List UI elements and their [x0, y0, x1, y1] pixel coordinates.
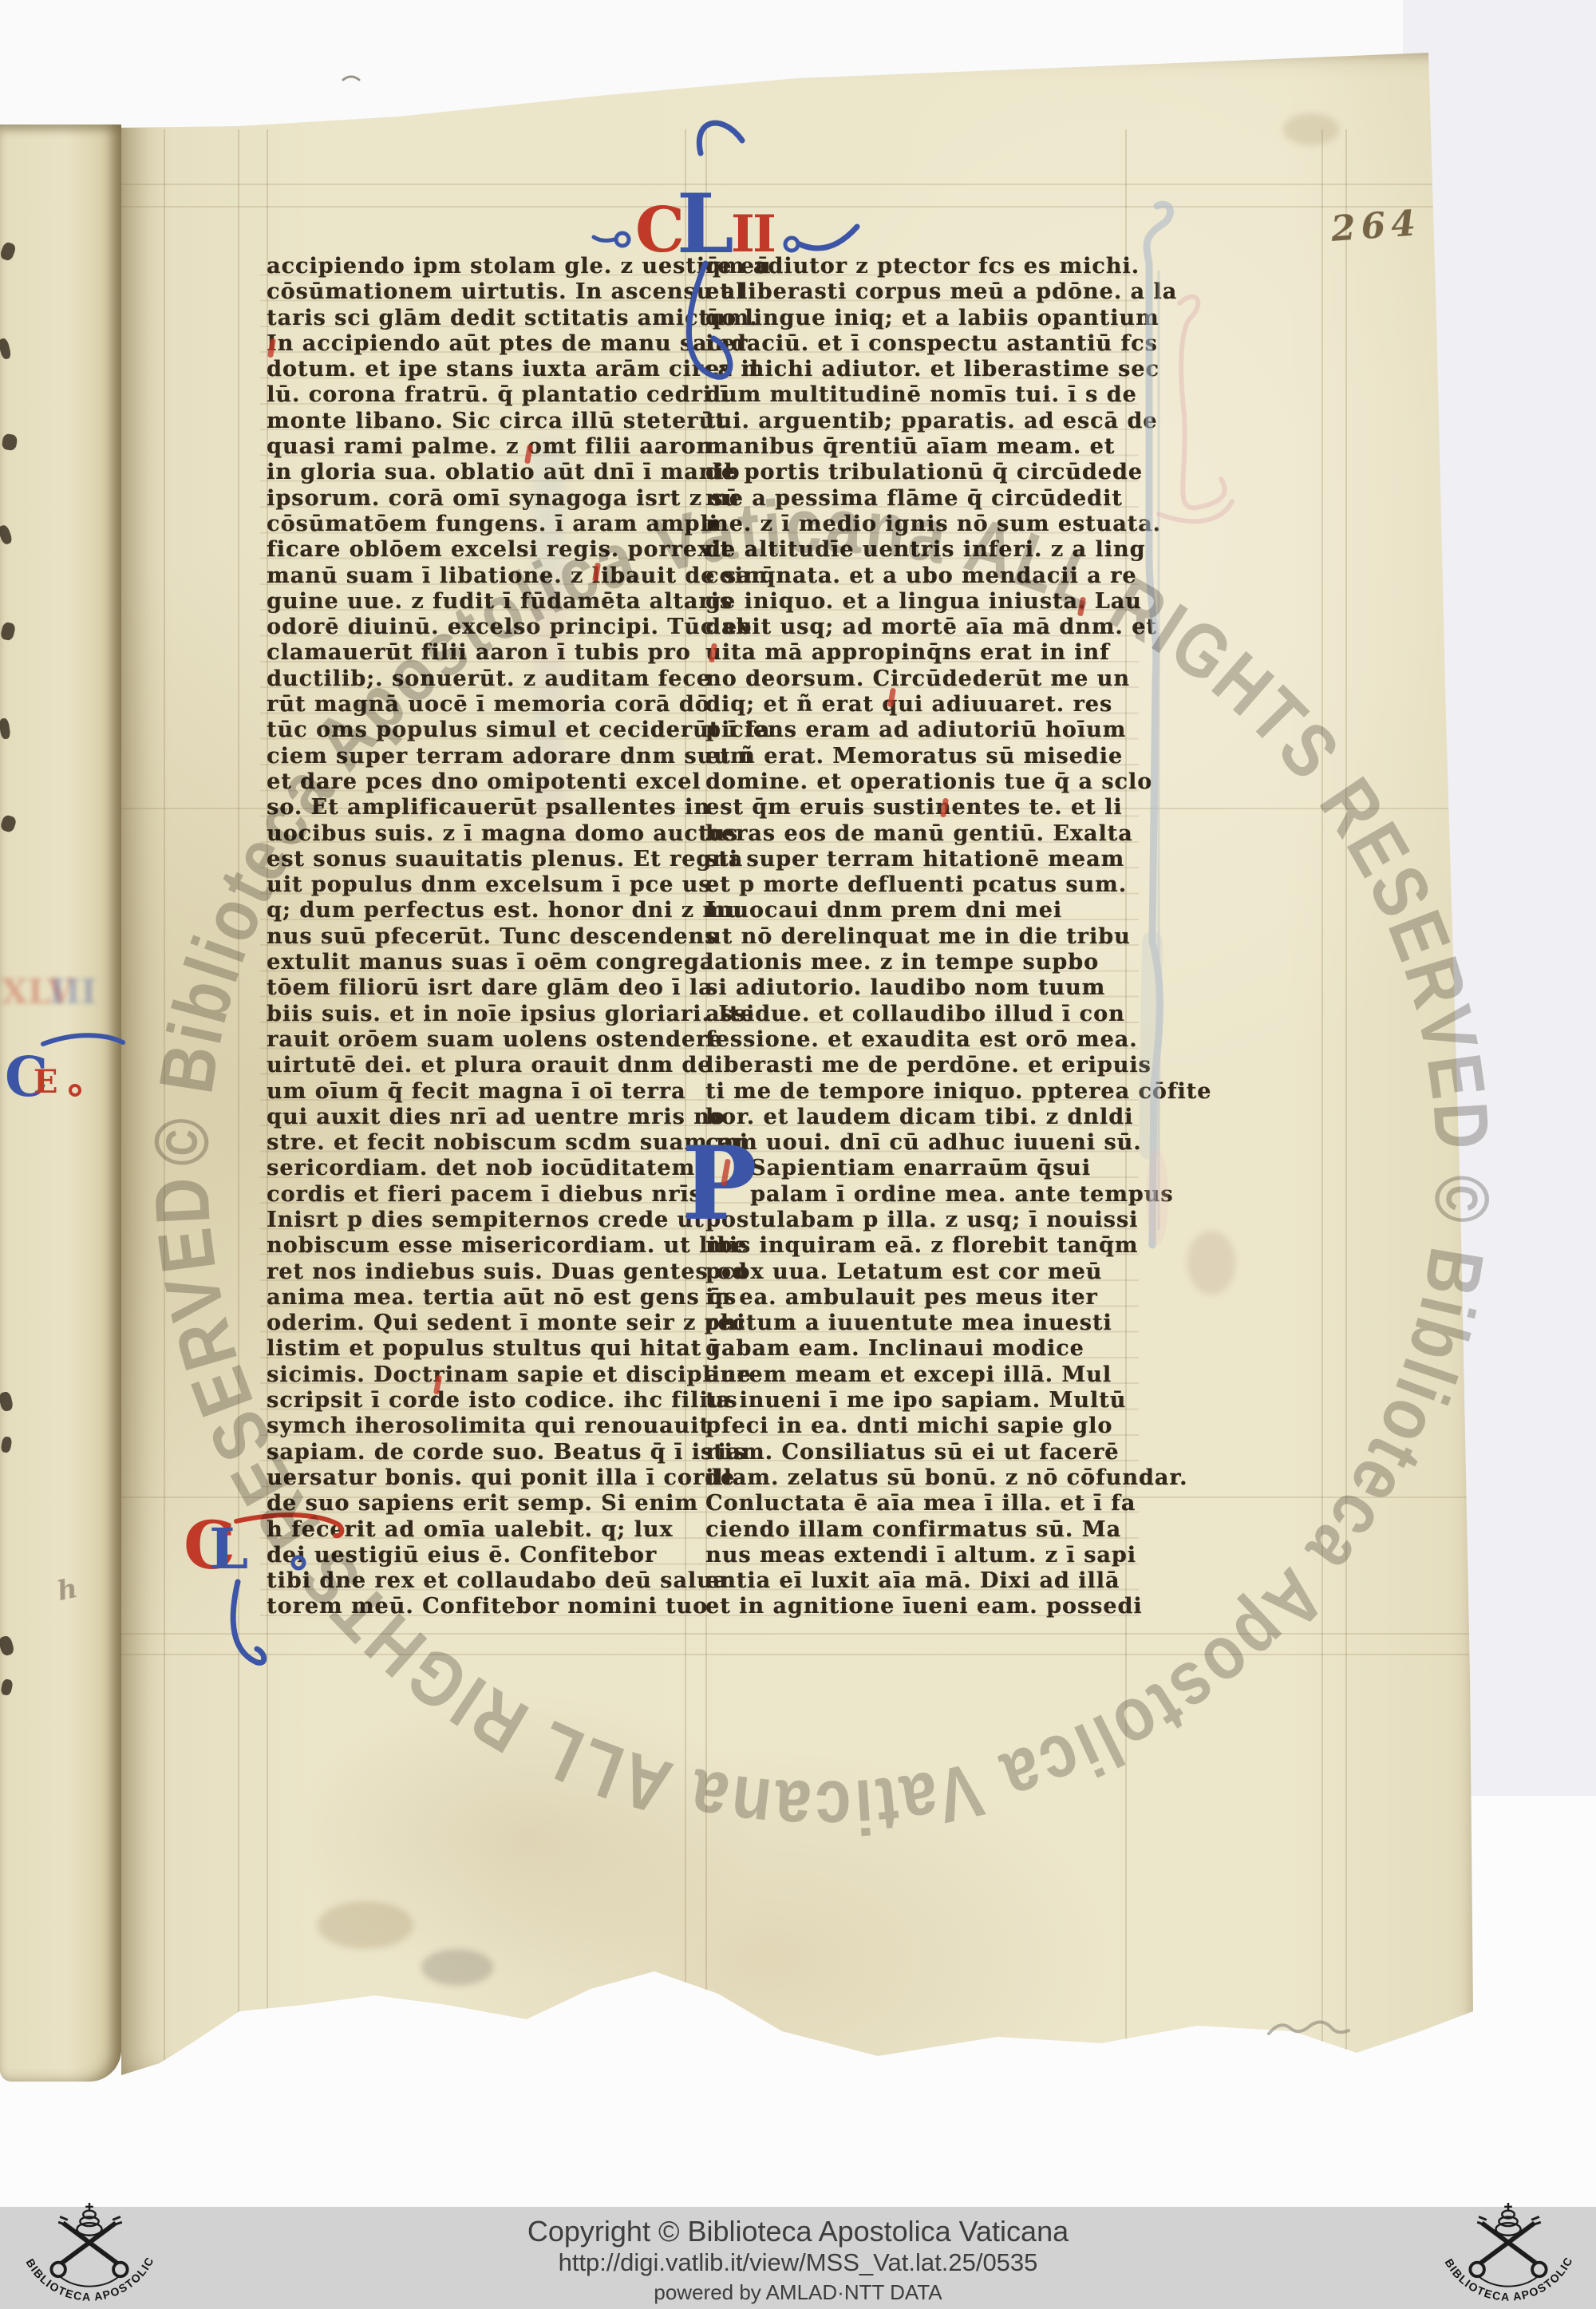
siglum-flourish-red [236, 1515, 342, 1536]
footer-bar: Copyright © Biblioteca Apostolica Vatica… [0, 2207, 1596, 2309]
show-through-pink-smudge [1146, 1149, 1168, 1245]
tiny-margin-mark [343, 77, 359, 80]
show-through-blue-smudge [1149, 942, 1152, 1149]
header-flourish [800, 227, 857, 248]
logo-key-bow [1532, 2263, 1546, 2276]
header-flourish [594, 237, 614, 240]
siglum-flourish-blue [233, 1582, 264, 1663]
logo-crossed-keys-icon [61, 2223, 117, 2264]
pencil-scribble [1269, 2022, 1349, 2034]
logo-key-bow [51, 2263, 65, 2276]
vatican-library-logo: BIBLIOTECA APOSTOLICA VATICANA [11, 2201, 168, 2309]
prev-folio-flourish [43, 1035, 123, 1044]
logo-crossed-keys-icon [1480, 2223, 1536, 2264]
header-flourish [689, 263, 729, 377]
header-flourish [699, 123, 742, 153]
footer-url: http://digi.vatlib.it/view/MSS_Vat.lat.2… [0, 2248, 1596, 2277]
manuscript-scan-page: accipiendo ipm stolam gle. z uestire eūc… [0, 0, 1596, 2309]
folio-number: 264 [1329, 203, 1422, 250]
siglum-flourish-dot [293, 1557, 304, 1568]
logo-cross-icon [85, 2203, 93, 2211]
logo-cord [60, 2276, 119, 2286]
footer-powered-by: powered by AMLAD·NTT DATA [0, 2280, 1596, 2305]
header-flourish-dot [785, 238, 798, 251]
show-through-pink-filigree [1179, 297, 1225, 508]
logo-key-bow [113, 2263, 127, 2276]
prev-folio-flourish-dot [70, 1085, 80, 1095]
header-flourish-dot [616, 233, 629, 246]
logo-cord [1479, 2276, 1538, 2286]
footer-copyright: Copyright © Biblioteca Apostolica Vatica… [0, 2215, 1596, 2248]
logo-key-bow [1470, 2263, 1483, 2276]
show-through-pink-filigree [1159, 501, 1232, 521]
pen-flourish-layer [0, 0, 1596, 2309]
vatican-library-logo: BIBLIOTECA APOSTOLICA VATICANA [1430, 2201, 1586, 2309]
logo-cross-icon [1504, 2203, 1512, 2211]
